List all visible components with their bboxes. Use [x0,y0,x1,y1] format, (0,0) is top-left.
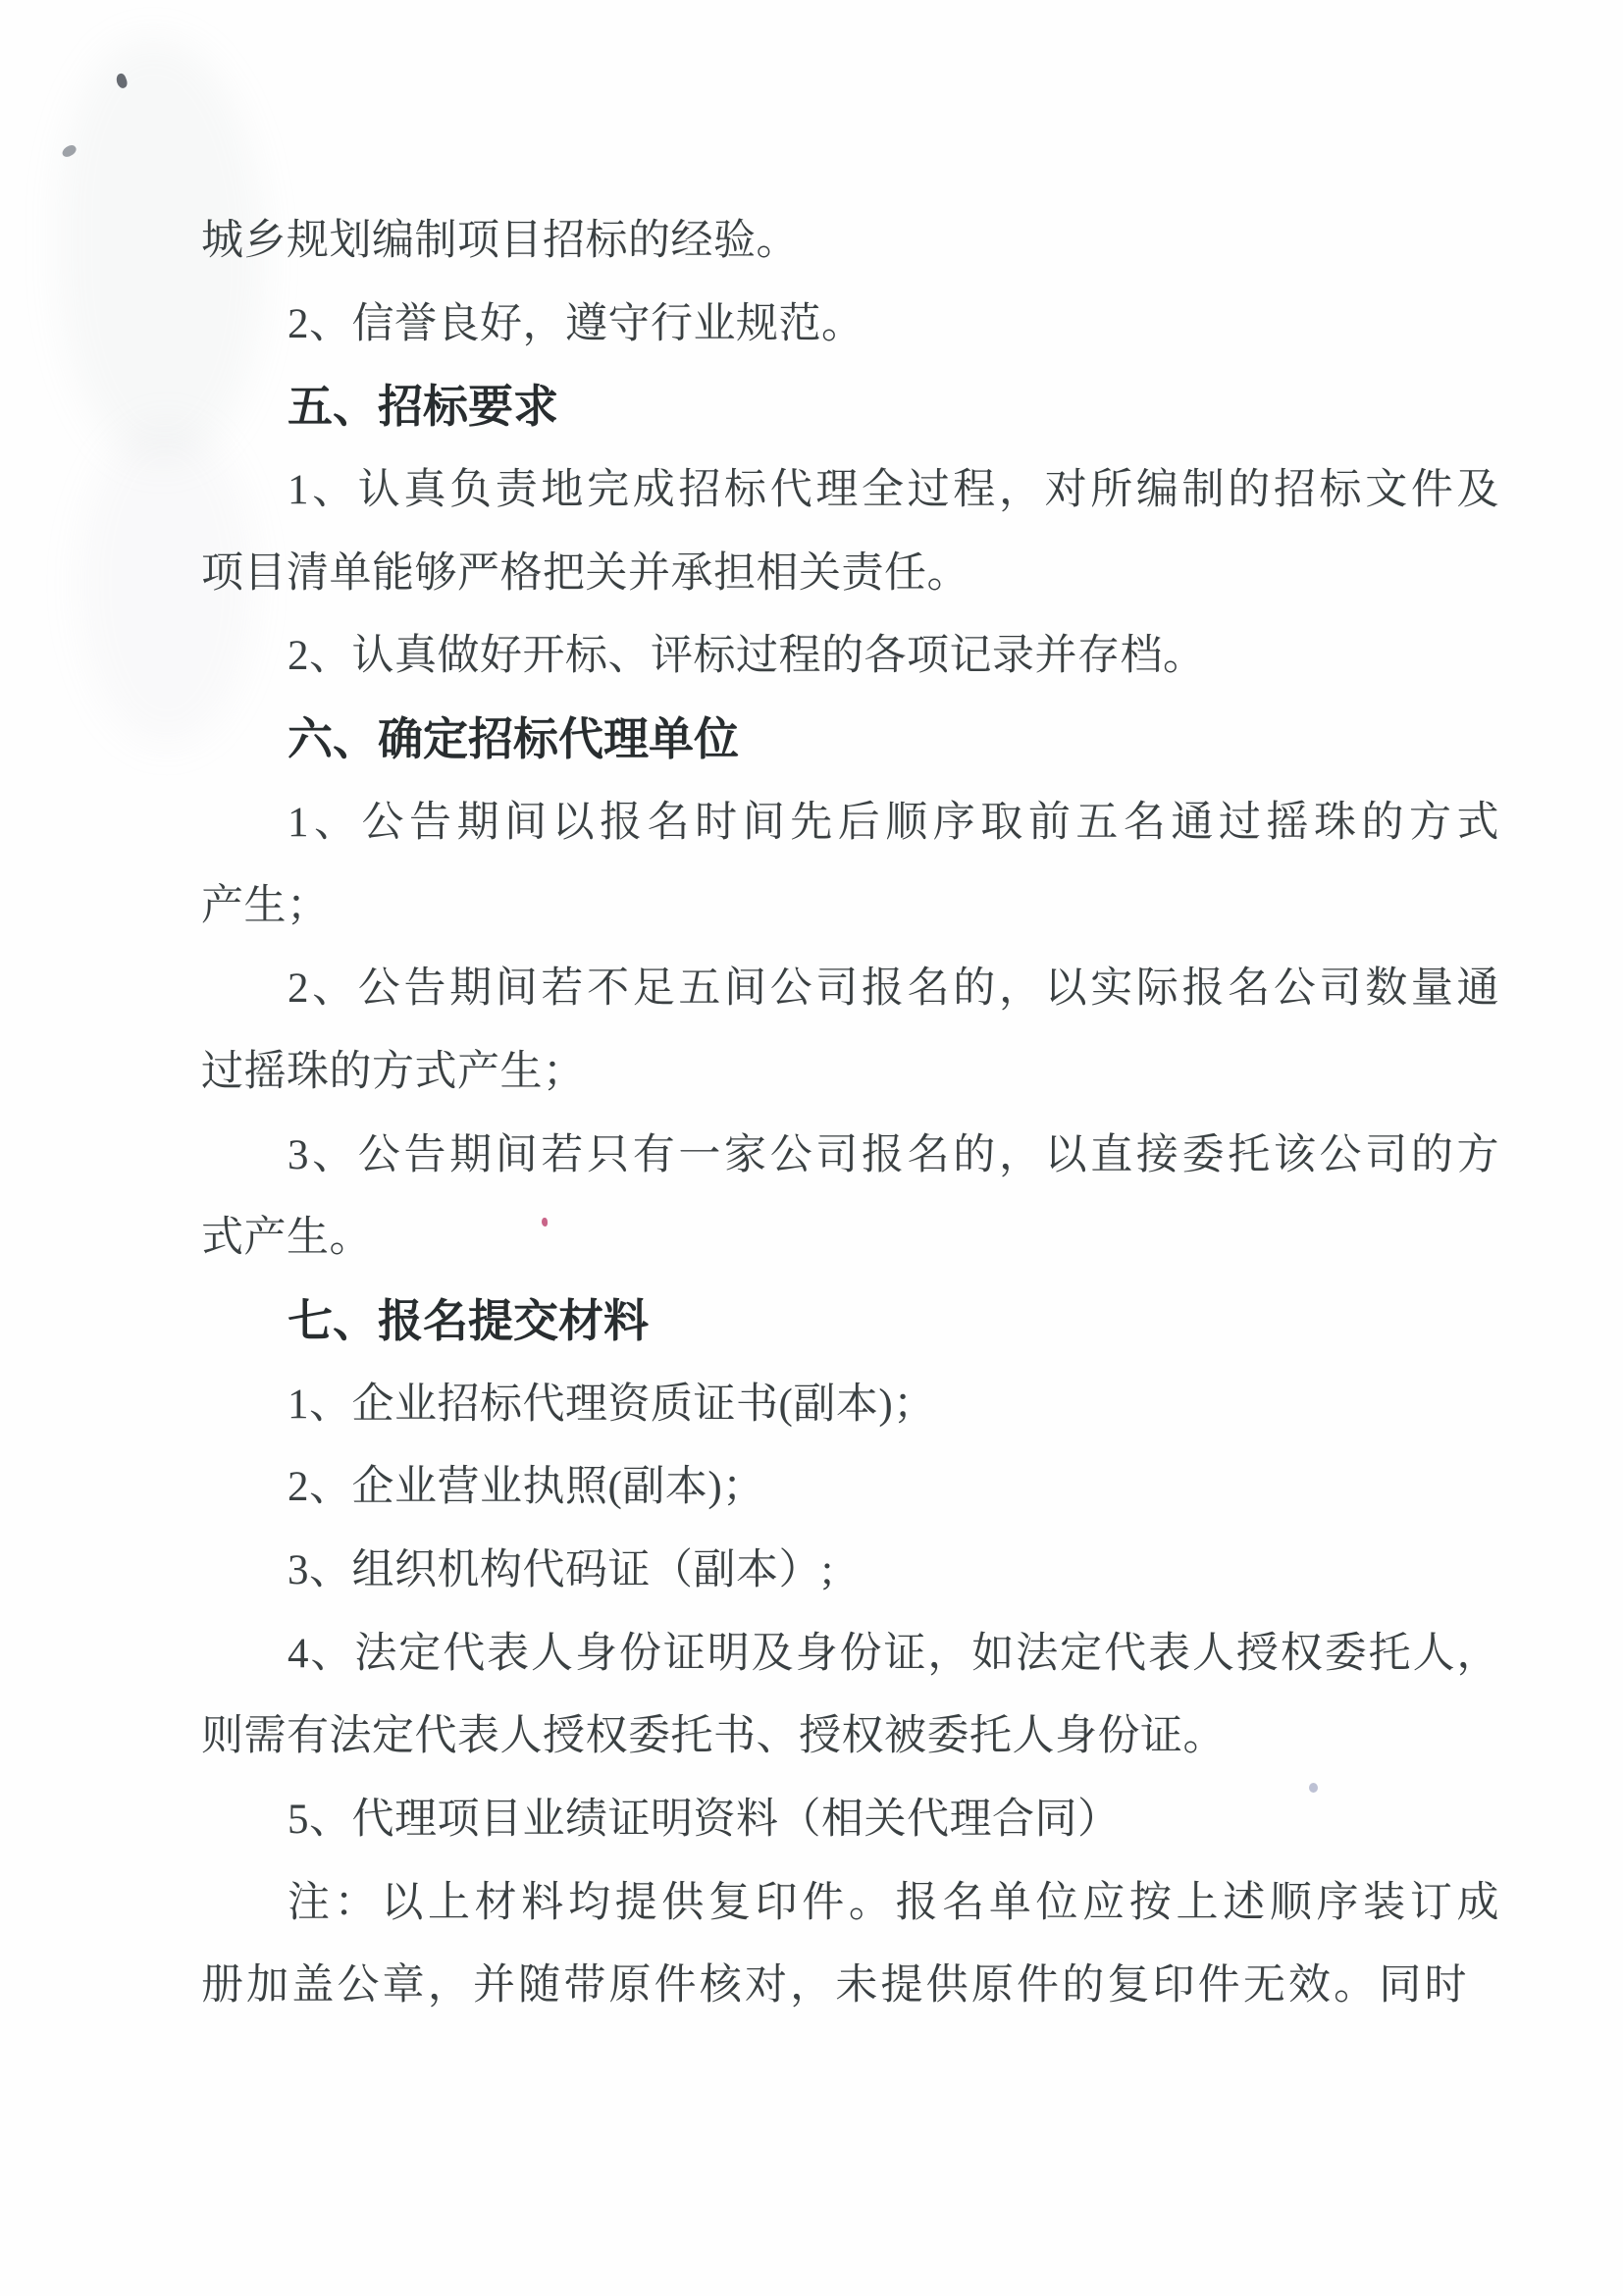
text-line: 2、企业营业执照(副本)； [201,1446,1506,1530]
text-line: 产生； [201,865,1506,949]
text-line: 则需有法定代表人授权委托书、授权被委托人身份证。 [201,1696,1506,1779]
text-line: 3、公告期间若只有一家公司报名的，以直接委托该公司的方 [201,1115,1499,1198]
text-line: 项目清单能够严格把关并承担相关责任。 [201,533,1506,616]
text-line: 2、信誉良好，遵守行业规范。 [201,284,1506,367]
document-body: 城乡规划编制项目招标的经验。2、信誉良好，遵守行业规范。五、招标要求1、认真负责… [201,200,1506,2028]
section-heading: 六、确定招标代理单位 [201,699,1506,782]
text-line: 1、认真负责地完成招标代理全过程，对所编制的招标文件及 [201,449,1499,533]
text-line: 注：以上材料均提供复印件。报名单位应按上述顺序装订成 [201,1862,1499,1946]
text-line: 1、企业招标代理资质证书(副本)； [201,1364,1506,1447]
text-line: 1、公告期间以报名时间先后顺序取前五名通过摇珠的方式 [201,782,1499,865]
text-line: 册加盖公章，并随带原件核对，未提供原件的复印件无效。同时 [201,1945,1467,2028]
text-line: 2、公告期间若不足五间公司报名的，以实际报名公司数量通 [201,948,1499,1031]
ink-speck-gray [60,143,78,160]
text-line: 3、组织机构代码证（副本）; [201,1530,1506,1613]
text-line: 过摇珠的方式产生； [201,1031,1506,1115]
text-line: 5、代理项目业绩证明资料（相关代理合同） [201,1779,1506,1862]
scanned-document-page: 城乡规划编制项目招标的经验。2、信誉良好，遵守行业规范。五、招标要求1、认真负责… [0,0,1623,2296]
ink-speck-dark [115,73,130,90]
section-heading: 七、报名提交材料 [201,1280,1506,1364]
text-line: 式产生。 [201,1197,1506,1280]
section-heading: 五、招标要求 [201,366,1506,449]
text-line: 2、认真做好开标、评标过程的各项记录并存档。 [201,615,1506,699]
text-line: 4、法定代表人身份证明及身份证，如法定代表人授权委托人， [201,1613,1499,1696]
text-line: 城乡规划编制项目招标的经验。 [201,200,1506,284]
